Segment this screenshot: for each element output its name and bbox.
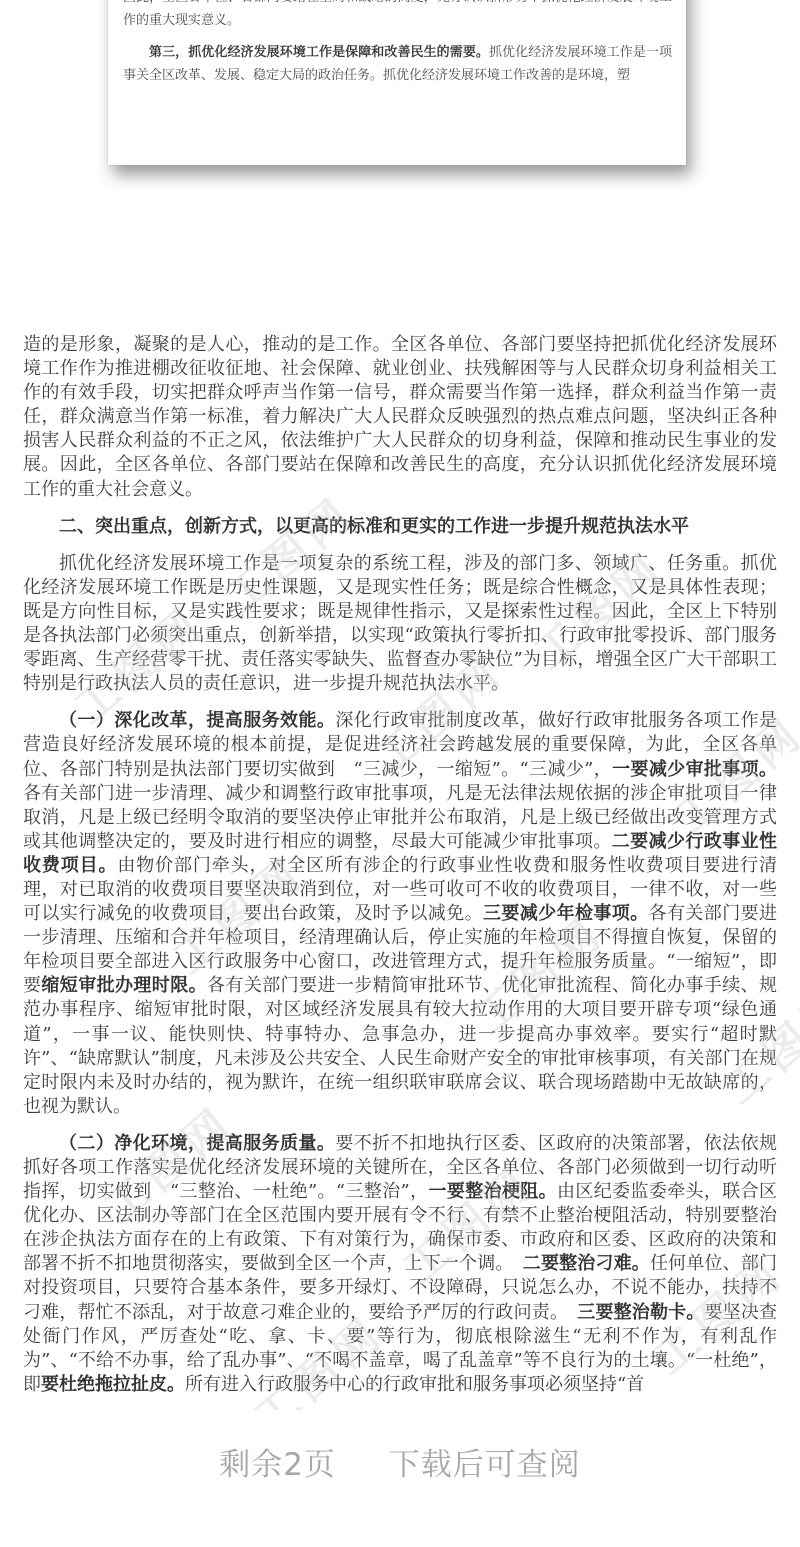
previous-page-sheet: 因此，全区各单位、各部门要站在全局和战略的高度，充分认识新形势下抓优化经济发展环… (108, 0, 686, 165)
bold-lead-text: （一）深化改革，提高服务效能。 (59, 710, 335, 731)
paragraph-one-deepen-reform: （一）深化改革，提高服务效能。深化行政审批制度改革，做好行政审批服务各项工作是营… (23, 709, 777, 1119)
third-point-lead: 第三，抓优化经济发展环境工作是保障和改善民生的需要。 (149, 45, 489, 60)
body-text-run: 抓优化经济发展环境工作是一项复杂的系统工程，涉及的部门多、领域广、任务重。抓优化… (23, 553, 777, 694)
bold-lead-text: 二要整治刁难。 (523, 1253, 650, 1274)
document-body-text: 造的是形象，凝聚的是人心，推动的是工作。全区各单位、各部门要坚持把抓优化经济发展… (23, 333, 777, 1397)
document-preview: 因此，全区各单位、各部门要站在全局和战略的高度，充分认识新形势下抓优化经济发展环… (0, 0, 800, 1547)
download-to-view-hint: 下载后可查阅 (389, 1447, 581, 1483)
bold-lead-text: 要杜绝拖拉扯皮。 (41, 1374, 185, 1395)
paragraph-systematic-project: 抓优化经济发展环境工作是一项复杂的系统工程，涉及的部门多、领域广、任务重。抓优化… (23, 552, 777, 697)
prev-paragraph-clipped-line: 因此，全区各单位、各部门要站在全局和战略的高度，充分认识新形势下抓优化经济发展环… (123, 0, 672, 5)
paragraph-continued-people-livelihood: 造的是形象，凝聚的是人心，推动的是工作。全区各单位、各部门要坚持把抓优化经济发展… (23, 333, 777, 502)
bold-lead-text: 二、突出重点，创新方式，以更高的标准和更实的工作进一步提升规范执法水平 (59, 516, 689, 537)
body-text-run: 各有关部门要进一步精简审批环节、优化审批流程、简化办事手续、规范办事程序、缩短审… (23, 975, 777, 1116)
previous-page-text: 因此，全区各单位、各部门要站在全局和战略的高度，充分认识新形势下抓优化经济发展环… (123, 0, 672, 87)
prev-paragraph-ending: 因此，全区各单位、各部门要站在全局和战略的高度，充分认识新形势下抓优化经济发展环… (123, 0, 672, 32)
prev-paragraph-last-line: 作的重大现实意义。 (123, 13, 240, 28)
bold-lead-text: （二）净化环境，提高服务质量。 (59, 1133, 335, 1154)
bold-lead-text: 一要减少审批事项。 (612, 759, 777, 780)
bold-lead-text: 三要减少年检事项。 (483, 903, 649, 924)
body-text-run: 所有进入行政服务中心的行政审批和服务事项必须坚持“首 (185, 1374, 644, 1395)
body-text-run: 造的是形象，凝聚的是人心，推动的是工作。全区各单位、各部门要坚持把抓优化经济发展… (23, 334, 777, 500)
section-heading-two: 二、突出重点，创新方式，以更高的标准和更实的工作进一步提升规范执法水平 (23, 515, 777, 539)
remaining-pages-hint: 剩余2页 下载后可查阅 (0, 1446, 800, 1484)
bold-lead-text: 一要整治梗阻。 (429, 1181, 558, 1202)
paragraph-two-purify-environment: （二）净化环境，提高服务质量。要不折不扣地执行区委、区政府的决策部署，依法依规抓… (23, 1132, 777, 1397)
bold-lead-text: 三要整治勒卡。 (577, 1302, 704, 1323)
prev-paragraph-third-point: 第三，抓优化经济发展环境工作是保障和改善民生的需要。抓优化经济发展环境工作是一项… (123, 41, 672, 87)
remaining-pages-count: 剩余2页 (219, 1447, 336, 1483)
bold-lead-text: 缩短审批办理时限。 (41, 975, 207, 996)
